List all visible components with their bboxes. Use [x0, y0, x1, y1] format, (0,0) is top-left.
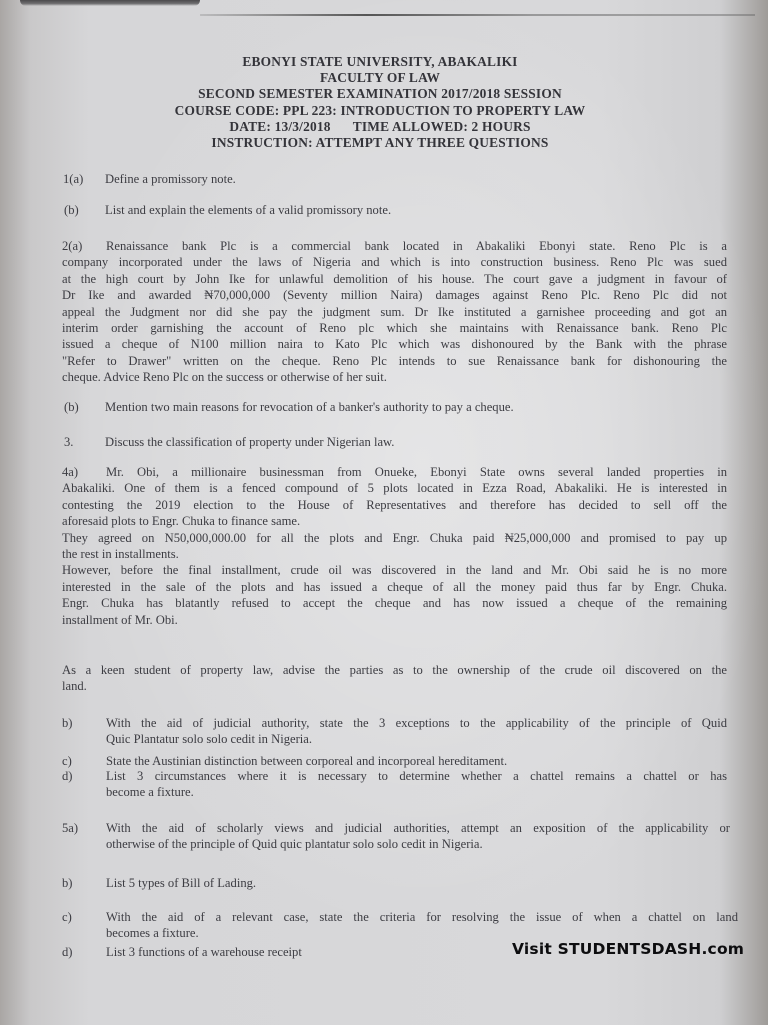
question-label: (b)	[64, 399, 79, 415]
course-code: COURSE CODE: PPL 223: INTRODUCTION TO PR…	[140, 103, 620, 119]
text-line: Quic Plantatur solo solo cedit in Nigeri…	[106, 731, 727, 747]
text-line: As a keen student of property law, advis…	[62, 662, 727, 678]
text-line: Renaissance bank Plc is a commercial ban…	[62, 238, 727, 254]
text-line: aforesaid plots to Engr. Chuka to financ…	[62, 513, 727, 529]
text-line: cheque. Advice Reno Plc on the success o…	[62, 369, 727, 385]
watermark-link[interactable]: Visit STUDENTSDASH.com	[512, 940, 744, 958]
question-label: d)	[62, 944, 73, 960]
question-text: Mr. Obi, a millionaire businessman from …	[62, 464, 727, 628]
question-label: b)	[62, 715, 73, 731]
text-line: interim order garnishing the account of …	[62, 320, 727, 336]
university-name: EBONYI STATE UNIVERSITY, ABAKALIKI	[140, 54, 620, 70]
question-text: With the aid of judicial authority, stat…	[106, 715, 727, 748]
question-text: Define a promissory note.	[105, 171, 236, 187]
time-allowed: TIME ALLOWED: 2 HOURS	[353, 119, 531, 134]
top-rule	[200, 14, 755, 16]
text-line: Dr Ike and awarded ₦70,000,000 (Seventy …	[62, 287, 727, 303]
question-text: Mention two main reasons for revocation …	[105, 399, 514, 415]
question-text: Discuss the classification of property u…	[105, 434, 394, 450]
text-line: contesting the 2019 election to the Hous…	[62, 497, 727, 513]
exam-date: DATE: 13/3/2018	[229, 119, 330, 134]
text-line: become a fixture.	[106, 784, 727, 800]
text-line: appeal the Judgment nor did she pay the …	[62, 304, 727, 320]
question-label: 5a)	[62, 820, 78, 836]
question-text: As a keen student of property law, advis…	[62, 662, 727, 695]
faculty-name: FACULTY OF LAW	[140, 70, 620, 86]
text-line: issued a cheque of N100 million naira to…	[62, 336, 727, 352]
text-line: otherwise of the principle of Quid quic …	[106, 836, 730, 852]
exam-paper: EBONYI STATE UNIVERSITY, ABAKALIKI FACUL…	[0, 0, 768, 1025]
question-text: Renaissance bank Plc is a commercial ban…	[62, 238, 727, 386]
question-text: List 5 types of Bill of Lading.	[106, 875, 256, 891]
question-label: c)	[62, 909, 72, 925]
question-text: List 3 functions of a warehouse receipt	[106, 944, 302, 960]
text-line: They agreed on N50,000,000.00 for all th…	[62, 530, 727, 546]
text-line: the rest in installments.	[62, 546, 727, 562]
text-line: Mr. Obi, a millionaire businessman from …	[62, 464, 727, 480]
text-line: List 3 circumstances where it is necessa…	[106, 768, 727, 784]
text-line: at the high court by John Ike for unlawf…	[62, 271, 727, 287]
text-line: interested in the sale of the plots and …	[62, 579, 727, 595]
question-text: With the aid of scholarly views and judi…	[106, 820, 730, 853]
exam-header: EBONYI STATE UNIVERSITY, ABAKALIKI FACUL…	[140, 54, 620, 151]
question-text: List and explain the elements of a valid…	[105, 202, 391, 218]
question-text: State the Austinian distinction between …	[106, 753, 507, 769]
text-line: With the aid of judicial authority, stat…	[106, 715, 727, 731]
question-label: (b)	[64, 202, 79, 218]
question-label: d)	[62, 768, 73, 784]
text-line: With the aid of a relevant case, state t…	[106, 909, 738, 925]
text-line: However, before the final installment, c…	[62, 562, 727, 578]
question-label: 1(a)	[63, 171, 83, 187]
text-line: "Refer to Drawer" written on the cheque.…	[62, 353, 727, 369]
question-label: c)	[62, 753, 72, 769]
text-line: With the aid of scholarly views and judi…	[106, 820, 730, 836]
text-line: Engr. Chuka has blatantly refused to acc…	[62, 595, 727, 611]
text-line: land.	[62, 678, 727, 694]
text-line: installment of Mr. Obi.	[62, 612, 727, 628]
instruction: INSTRUCTION: ATTEMPT ANY THREE QUESTIONS	[140, 135, 620, 151]
text-line: Abakaliki. One of them is a fenced compo…	[62, 480, 727, 496]
question-label: b)	[62, 875, 73, 891]
exam-session: SECOND SEMESTER EXAMINATION 2017/2018 SE…	[140, 86, 620, 102]
question-label: 3.	[64, 434, 73, 450]
question-text: With the aid of a relevant case, state t…	[106, 909, 738, 942]
date-time-line: DATE: 13/3/2018TIME ALLOWED: 2 HOURS	[140, 119, 620, 135]
question-text: List 3 circumstances where it is necessa…	[106, 768, 727, 801]
shadow	[20, 0, 200, 6]
text-line: company incorporated under the laws of N…	[62, 254, 727, 270]
